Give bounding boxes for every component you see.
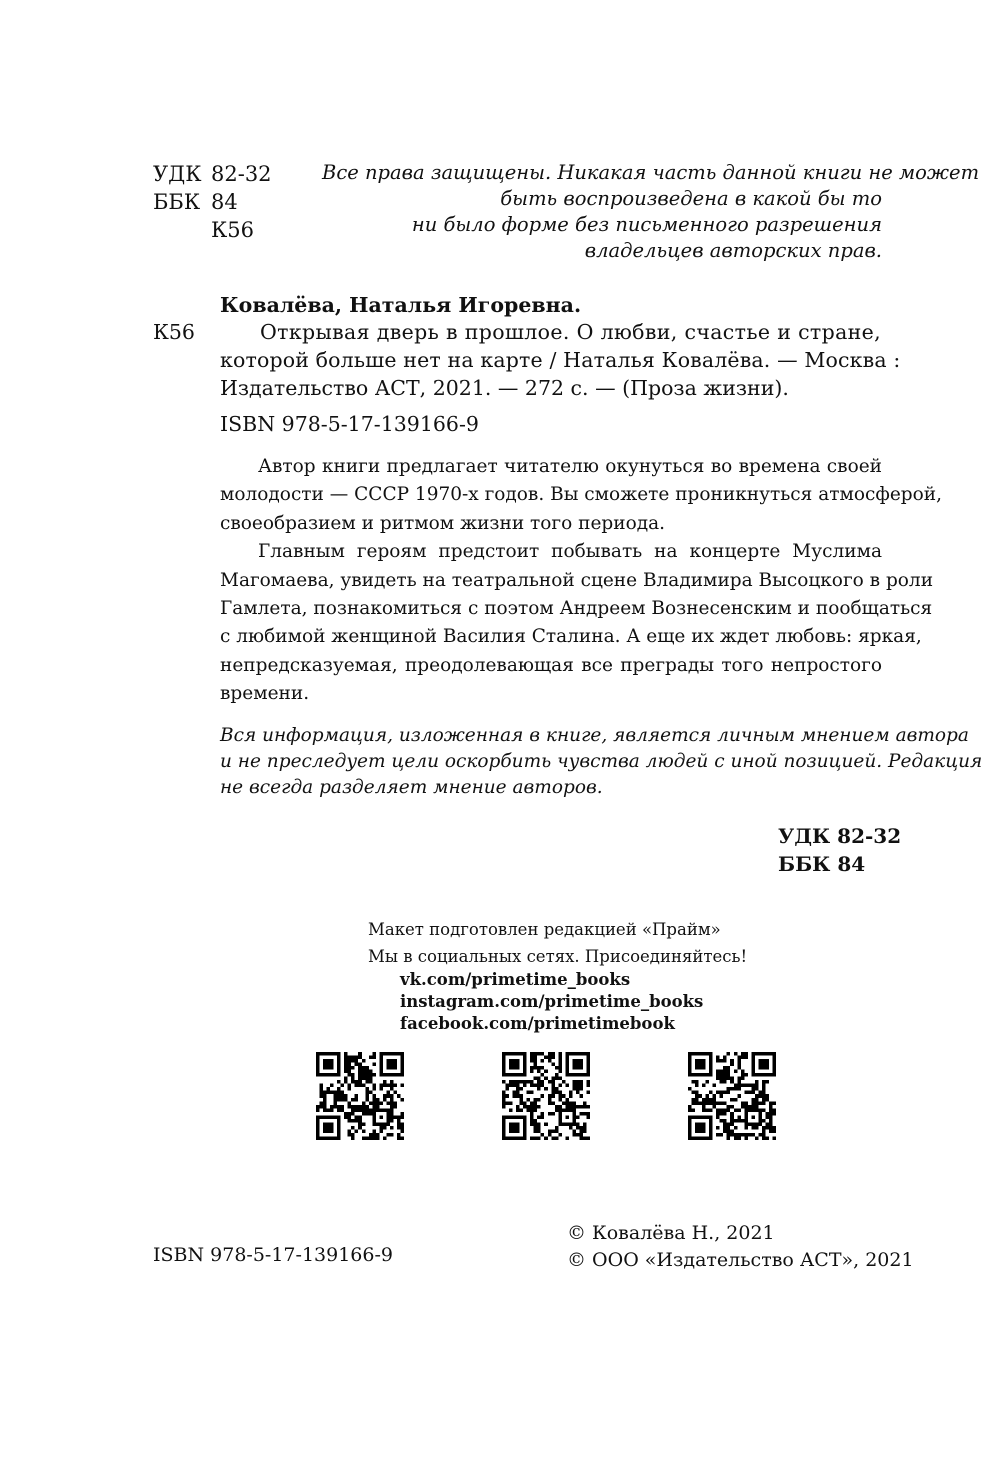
rights-line: Все права защищены. Никакая часть данной… [322,160,882,186]
cutter-value: К56 [211,216,254,244]
qr-svg [502,1052,590,1140]
bbk-label: ББК [153,188,211,216]
copyright-publisher: © ООО «Издательство АСТ», 2021 [567,1247,914,1274]
annotation-line: Автор книги предлагает читателю окунутьс… [220,453,882,481]
title-line: Открывая дверь в прошлое. О любви, счаст… [220,318,890,346]
qr-code-instagram-icon [502,1052,590,1140]
disclaimer: Вся информация, изложенная в книге, явля… [220,723,882,801]
annotation-line: молодости — СССР 1970-х годов. Вы сможет… [220,481,882,509]
copyright-author: © Ковалёва Н., 2021 [567,1220,914,1247]
isbn-footer: ISBN 978-5-17-139166-9 [153,1244,393,1266]
author-heading: Ковалёва, Наталья Игоревна. [220,293,581,317]
udk-label: УДК [153,160,211,188]
annotation-line: своеобразием и ритмом жизни того периода… [220,510,882,538]
rights-notice: Все права защищены. Никакая часть данной… [322,160,882,264]
udk-code: УДК 82-32 [778,822,901,850]
qr-code-vk-icon [316,1052,404,1140]
qr-code-facebook-icon [688,1052,776,1140]
title-description: Открывая дверь в прошлое. О любви, счаст… [220,318,890,402]
udk-row: УДК 82-32 [153,160,272,188]
rights-line: ни было форме без письменного разрешения [322,212,882,238]
instagram-link[interactable]: instagram.com/primetime_books [400,991,747,1013]
social-cta: Мы в социальных сетях. Присоединяйтесь! [368,945,747,969]
title-line: которой больше нет на карте / Наталья Ко… [220,346,890,374]
classification-codes-top: УДК 82-32 ББК 84 К56 [153,160,272,244]
annotation: Автор книги предлагает читателю окунутьс… [220,453,882,709]
udk-value: 82-32 [211,160,272,188]
prepared-by: Макет подготовлен редакцией «Прайм» [368,918,747,942]
cutter-row: К56 [153,216,272,244]
disclaimer-line: Вся информация, изложенная в книге, явля… [220,723,882,749]
qr-svg [688,1052,776,1140]
copyright-block: © Ковалёва Н., 2021 © ООО «Издательство … [567,1220,914,1274]
isbn-record: ISBN 978-5-17-139166-9 [220,412,479,436]
rights-line: быть воспроизведена в какой бы то [322,186,882,212]
qr-svg [316,1052,404,1140]
annotation-line: Главным героям предстоит побывать на кон… [220,538,882,566]
annotation-line: Магомаева, увидеть на театральной сцене … [220,567,882,595]
bbk-row: ББК 84 [153,188,272,216]
bbk-value: 84 [211,188,238,216]
cutter-label [153,216,211,244]
annotation-line: Гамлета, познакомиться с поэтом Андреем … [220,595,882,623]
cutter-mark: К56 [153,320,195,344]
disclaimer-line: не всегда разделяет мнение авторов. [220,775,882,801]
title-line: Издательство АСТ, 2021. — 272 с. — (Проз… [220,374,890,402]
annotation-line: с любимой женщиной Василия Сталина. А ещ… [220,623,882,651]
disclaimer-line: и не преследует цели оскорбить чувства л… [220,749,882,775]
vk-link[interactable]: vk.com/primetime_books [400,969,747,991]
bbk-code: ББК 84 [778,850,901,878]
facebook-link[interactable]: facebook.com/primetimebook [400,1013,747,1035]
classification-codes-bottom: УДК 82-32 ББК 84 [778,822,901,878]
annotation-line: непредсказуемая, преодолевающая все прег… [220,652,882,680]
publisher-block: Макет подготовлен редакцией «Прайм» Мы в… [368,918,747,1035]
annotation-line: времени. [220,680,882,708]
rights-line: владельцев авторских прав. [322,238,882,264]
